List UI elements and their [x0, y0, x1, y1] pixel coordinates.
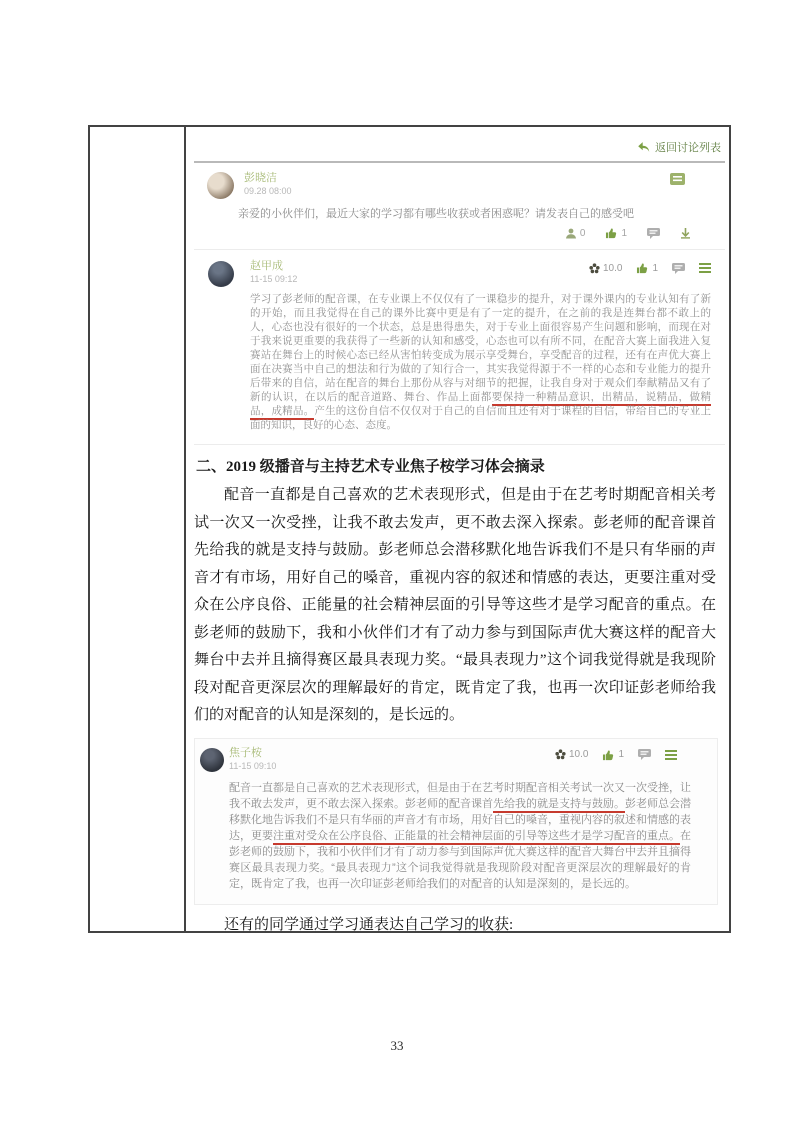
forum-topbar: 返回讨论列表	[194, 135, 725, 163]
like-stat[interactable]: 1	[602, 749, 624, 761]
post-timestamp: 11-15 09:12	[250, 273, 711, 285]
red-underlined-segment: 注重对受众在公序良俗、正能量的社会精神层面的引导等这些才是学习配音的重点。	[273, 830, 680, 845]
menu-icon[interactable]	[699, 263, 711, 273]
back-link-label: 返回讨论列表	[655, 139, 721, 155]
post-author[interactable]: 彭晓洁	[244, 172, 715, 185]
score-stat: 10.0	[589, 263, 622, 274]
like-count: 1	[618, 749, 624, 760]
menu-icon[interactable]	[665, 750, 677, 760]
avatar[interactable]	[200, 748, 224, 772]
closing-line: 还有的同学通过学习通表达自己学习的收获:	[194, 913, 723, 932]
back-to-discussion-link[interactable]: 返回讨论列表	[637, 139, 721, 155]
page-number: 33	[0, 1038, 794, 1054]
forum-screenshot-2: 焦子桉 11-15 09:10 10.0 1	[194, 738, 718, 905]
forum-post: 彭晓洁 09.28 08:00 亲爱的小伙伴们，最近大家的学习都有哪些收获或者困…	[194, 163, 725, 250]
comment-button[interactable]	[647, 228, 660, 239]
comment-bubble-icon	[647, 228, 660, 239]
comment-bubble-icon	[672, 263, 685, 274]
avatar[interactable]	[207, 172, 234, 199]
expand-button[interactable]	[680, 227, 691, 239]
post-stats: 10.0 1	[555, 749, 677, 761]
thumbs-up-icon	[602, 749, 615, 761]
thumbs-up-icon	[605, 227, 618, 239]
like-count: 1	[652, 263, 658, 274]
post-body: 学习了彭老师的配音课，在专业课上不仅仅有了一课稳步的提升，对于课外课内的专业认知…	[250, 292, 711, 432]
body-segment: 产生的这份自信不仅仅对于自己的自信而且还有对于课程的自信，带给自己的专业上面的知…	[250, 405, 711, 431]
post-body: 亲爱的小伙伴们，最近大家的学习都有哪些收获或者困惑呢？请发表自己的感受吧	[238, 205, 715, 221]
section-heading: 二、2019 级播音与主持艺术专业焦子桉学习体会摘录	[196, 455, 723, 476]
score-stat: 10.0	[555, 749, 588, 760]
comment-bubble-icon	[638, 749, 651, 760]
post-actions: 0 1	[244, 225, 715, 241]
post-body: 配音一直都是自己喜欢的艺术表现形式，但是由于在艺考时期配音相关考试一次又一次受挫…	[229, 780, 691, 892]
post-timestamp: 11-15 09:10	[229, 760, 691, 772]
document-page: 返回讨论列表 彭晓洁 09.28 08:00 亲爱的小伙伴们，最近大家的学习都有…	[0, 0, 794, 1123]
comment-button[interactable]	[672, 263, 685, 274]
list-icon[interactable]	[670, 173, 685, 185]
like-stat[interactable]: 1	[636, 262, 658, 274]
comment-button[interactable]	[638, 749, 651, 760]
document-paragraph: 配音一直都是自己喜欢的艺术表现形式，但是由于在艺考时期配音相关考试一次又一次受挫…	[194, 482, 716, 730]
participants-count: 0	[580, 228, 586, 239]
forum-screenshot-1: 返回讨论列表 彭晓洁 09.28 08:00 亲爱的小伙伴们，最近大家的学习都有…	[194, 135, 725, 445]
body-segment: 学习了彭老师的配音课，在专业课上不仅仅有了一课稳步的提升，对于课外课内的专业认知…	[250, 293, 711, 403]
content-table: 返回讨论列表 彭晓洁 09.28 08:00 亲爱的小伙伴们，最近大家的学习都有…	[88, 125, 731, 933]
score-value: 10.0	[569, 749, 588, 760]
thumbs-up-icon	[636, 262, 649, 274]
person-icon	[565, 228, 577, 239]
table-right-cell: 返回讨论列表 彭晓洁 09.28 08:00 亲爱的小伙伴们，最近大家的学习都有…	[186, 127, 729, 931]
table-left-cell	[90, 127, 186, 931]
participants-stat[interactable]: 0	[565, 228, 586, 239]
post-stats: 10.0 1	[589, 262, 711, 274]
reply-arrow-icon	[637, 141, 650, 153]
flower-score-icon	[555, 749, 566, 760]
score-value: 10.0	[603, 263, 622, 274]
flower-score-icon	[589, 263, 600, 274]
arrow-down-icon	[680, 227, 691, 239]
red-underlined-segment: 先给我的就是支持与鼓励。	[493, 798, 625, 813]
like-stat[interactable]: 1	[605, 227, 627, 239]
forum-post: 赵甲成 11-15 09:12 10.0	[194, 250, 725, 445]
post-timestamp: 09.28 08:00	[244, 185, 715, 197]
like-count: 1	[621, 228, 627, 239]
avatar[interactable]	[208, 261, 234, 287]
